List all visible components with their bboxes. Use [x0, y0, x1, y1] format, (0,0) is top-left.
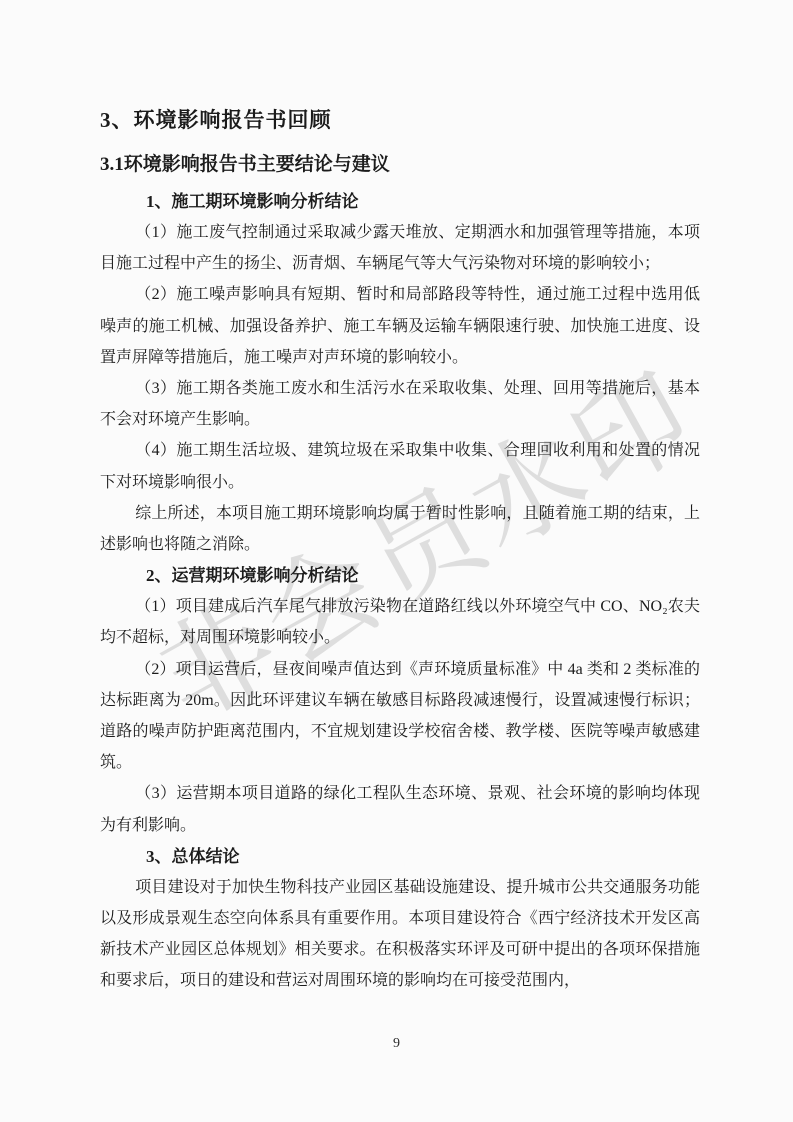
section-heading: 3.1环境影响报告书主要结论与建议: [100, 152, 700, 178]
paragraph: 项目建设对于加快生物科技产业园区基础设施建设、提升城市公共交通服务功能以及形成景…: [100, 872, 700, 997]
chapter-heading: 3、环境影响报告书回顾: [100, 106, 700, 134]
paragraph: （4）施工期生活垃圾、建筑垃圾在采取集中收集、合理回收利用和处置的情况下对环境影…: [100, 435, 700, 497]
subsection-heading-overall-conclusion: 3、总体结论: [100, 841, 700, 872]
page-number: 9: [0, 1036, 793, 1052]
subsection-heading-operation-period: 2、运营期环境影响分析结论: [100, 560, 700, 591]
paragraph: 综上所述，本项目施工期环境影响均属于暂时性影响，且随着施工期的结束，上述影响也将…: [100, 498, 700, 560]
paragraph: （3）施工期各类施工废水和生活污水在采取收集、处理、回用等措施后，基本不会对环境…: [100, 373, 700, 435]
paragraph: （3）运营期本项目道路的绿化工程队生态环境、景观、社会环境的影响均体现为有利影响…: [100, 778, 700, 840]
paragraph: （2）施工噪声影响具有短期、暂时和局部路段等特性，通过施工过程中选用低噪声的施工…: [100, 279, 700, 373]
subsection-heading-construction-period: 1、施工期环境影响分析结论: [100, 186, 700, 217]
document-content: 3、环境影响报告书回顾 3.1环境影响报告书主要结论与建议 1、施工期环境影响分…: [100, 106, 700, 997]
document-page: 非会员水印 3、环境影响报告书回顾 3.1环境影响报告书主要结论与建议 1、施工…: [0, 0, 793, 1122]
paragraph: （1）项目建成后汽车尾气排放污染物在道路红线以外环境空气中 CO、NO₂农夫均不…: [100, 591, 700, 653]
paragraph: （2）项目运营后，昼夜间噪声值达到《声环境质量标准》中 4a 类和 2 类标准的…: [100, 654, 700, 779]
paragraph: （1）施工废气控制通过采取减少露天堆放、定期洒水和加强管理等措施，本项目施工过程…: [100, 217, 700, 279]
